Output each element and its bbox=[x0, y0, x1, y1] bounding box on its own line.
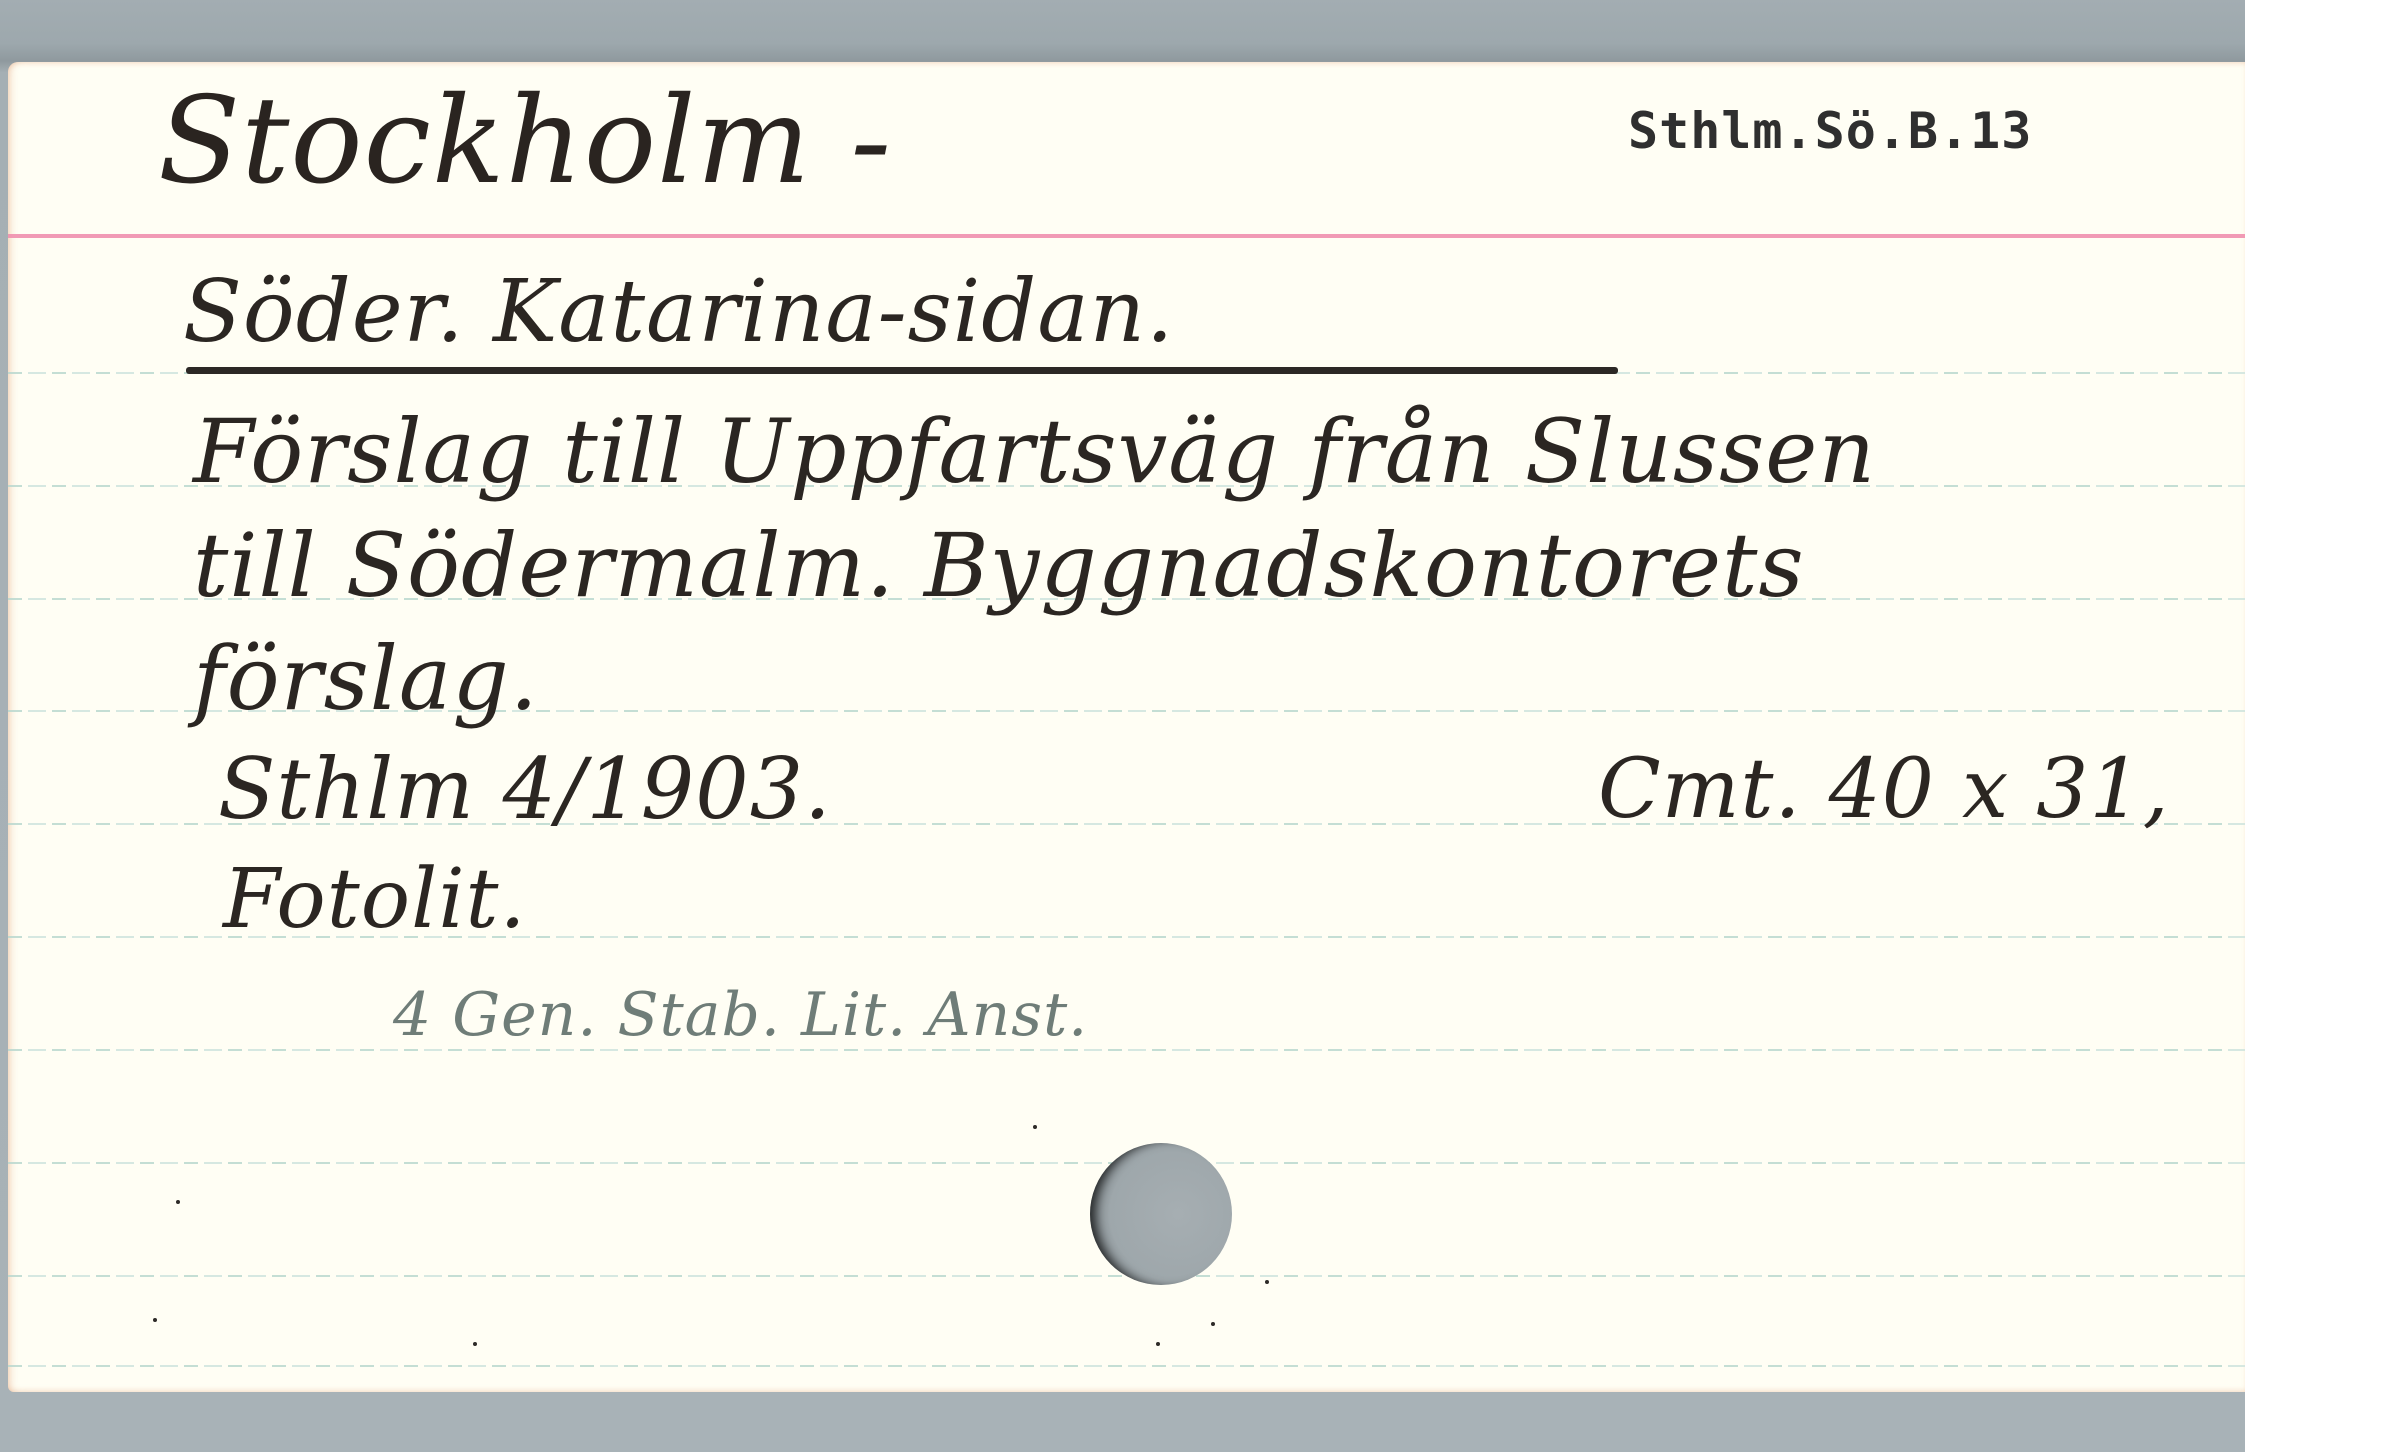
description-line: till Södermalm. Byggnadskontorets bbox=[193, 514, 1805, 617]
scan-margin bbox=[2245, 0, 2391, 1452]
card-subtitle: Söder. Katarina-sidan. bbox=[183, 262, 1174, 362]
call-number: Sthlm.Sö.B.13 bbox=[1628, 102, 2032, 160]
description-line: Förslag till Uppfartsväg från Slussen bbox=[193, 400, 1876, 503]
ruled-line bbox=[8, 1365, 2245, 1367]
punch-hole bbox=[1090, 1143, 1232, 1285]
paper-speck bbox=[1265, 1280, 1269, 1284]
source-note: 4 Gen. Stab. Lit. Anst. bbox=[393, 980, 1088, 1050]
technique: Fotolit. bbox=[223, 852, 527, 947]
description-line: förslag. bbox=[193, 627, 539, 730]
subtitle-underline bbox=[186, 367, 1618, 374]
catalog-card: Sthlm.Sö.B.13 Stockholm - Söder. Katarin… bbox=[8, 62, 2245, 1392]
paper-speck bbox=[1211, 1322, 1215, 1326]
ruled-line bbox=[8, 1049, 2245, 1051]
paper-speck bbox=[473, 1342, 477, 1346]
place-date: Sthlm 4/1903. bbox=[218, 740, 832, 838]
dimensions: Cmt. 40 x 31, bbox=[1598, 742, 2170, 837]
paper-speck bbox=[153, 1318, 157, 1322]
card-title: Stockholm - bbox=[158, 72, 892, 211]
header-rule bbox=[8, 234, 2245, 238]
paper-speck bbox=[1156, 1342, 1160, 1346]
paper-speck bbox=[176, 1200, 180, 1204]
paper-speck bbox=[1033, 1125, 1037, 1129]
